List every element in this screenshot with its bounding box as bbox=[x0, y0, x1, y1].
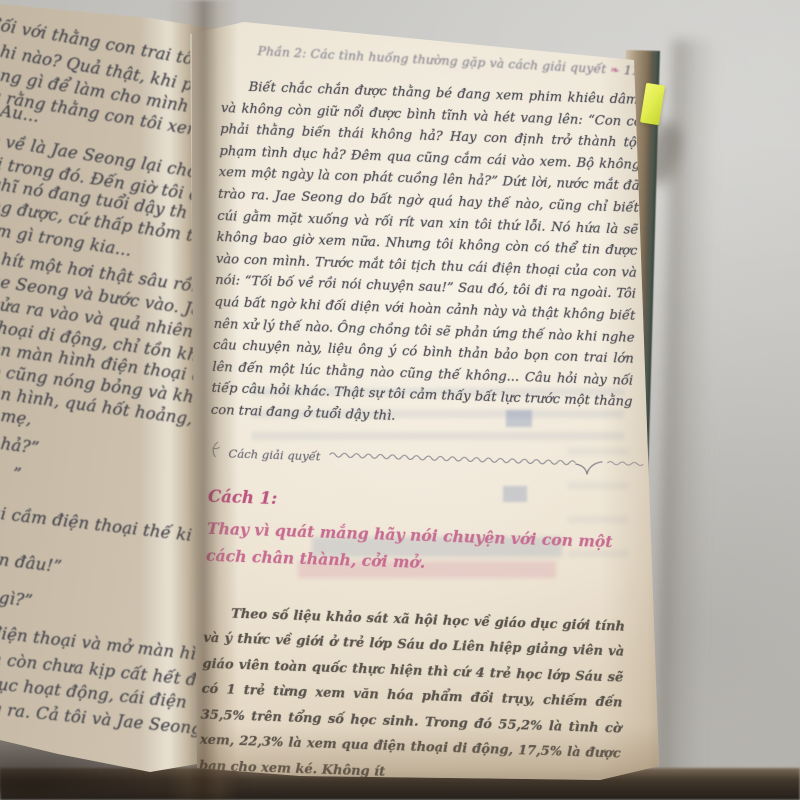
solution-label: Cách giải quyết bbox=[228, 446, 321, 463]
solution-divider: Cách giải quyết bbox=[209, 444, 630, 474]
method-heading: Cách 1: bbox=[208, 486, 629, 519]
book-photo: đối với thằng con trai tôi... Chkhi nào?… bbox=[0, 0, 800, 800]
squiggle-rule bbox=[327, 447, 646, 480]
right-page-content: Biết chắc chắn được thằng bé đang xem ph… bbox=[198, 76, 643, 800]
method-statement: Thay vì quát mắng hãy nói chuyện với con… bbox=[206, 514, 629, 583]
flourish-icon bbox=[209, 440, 222, 458]
left-page-line: hả?” bbox=[0, 434, 40, 458]
left-page-line: gì?” bbox=[0, 588, 34, 610]
left-page-line: mẹ, bbox=[0, 406, 33, 429]
left-page-line: ại cầm điện thoại thế ki bbox=[0, 503, 193, 545]
left-page-line: n đâu!” bbox=[0, 550, 63, 576]
header-ornament-icon: ❧ bbox=[606, 63, 624, 77]
opening-paragraph: Biết chắc chắn được thằng bé đang xem ph… bbox=[211, 76, 643, 435]
left-page-line: ” bbox=[12, 464, 23, 484]
